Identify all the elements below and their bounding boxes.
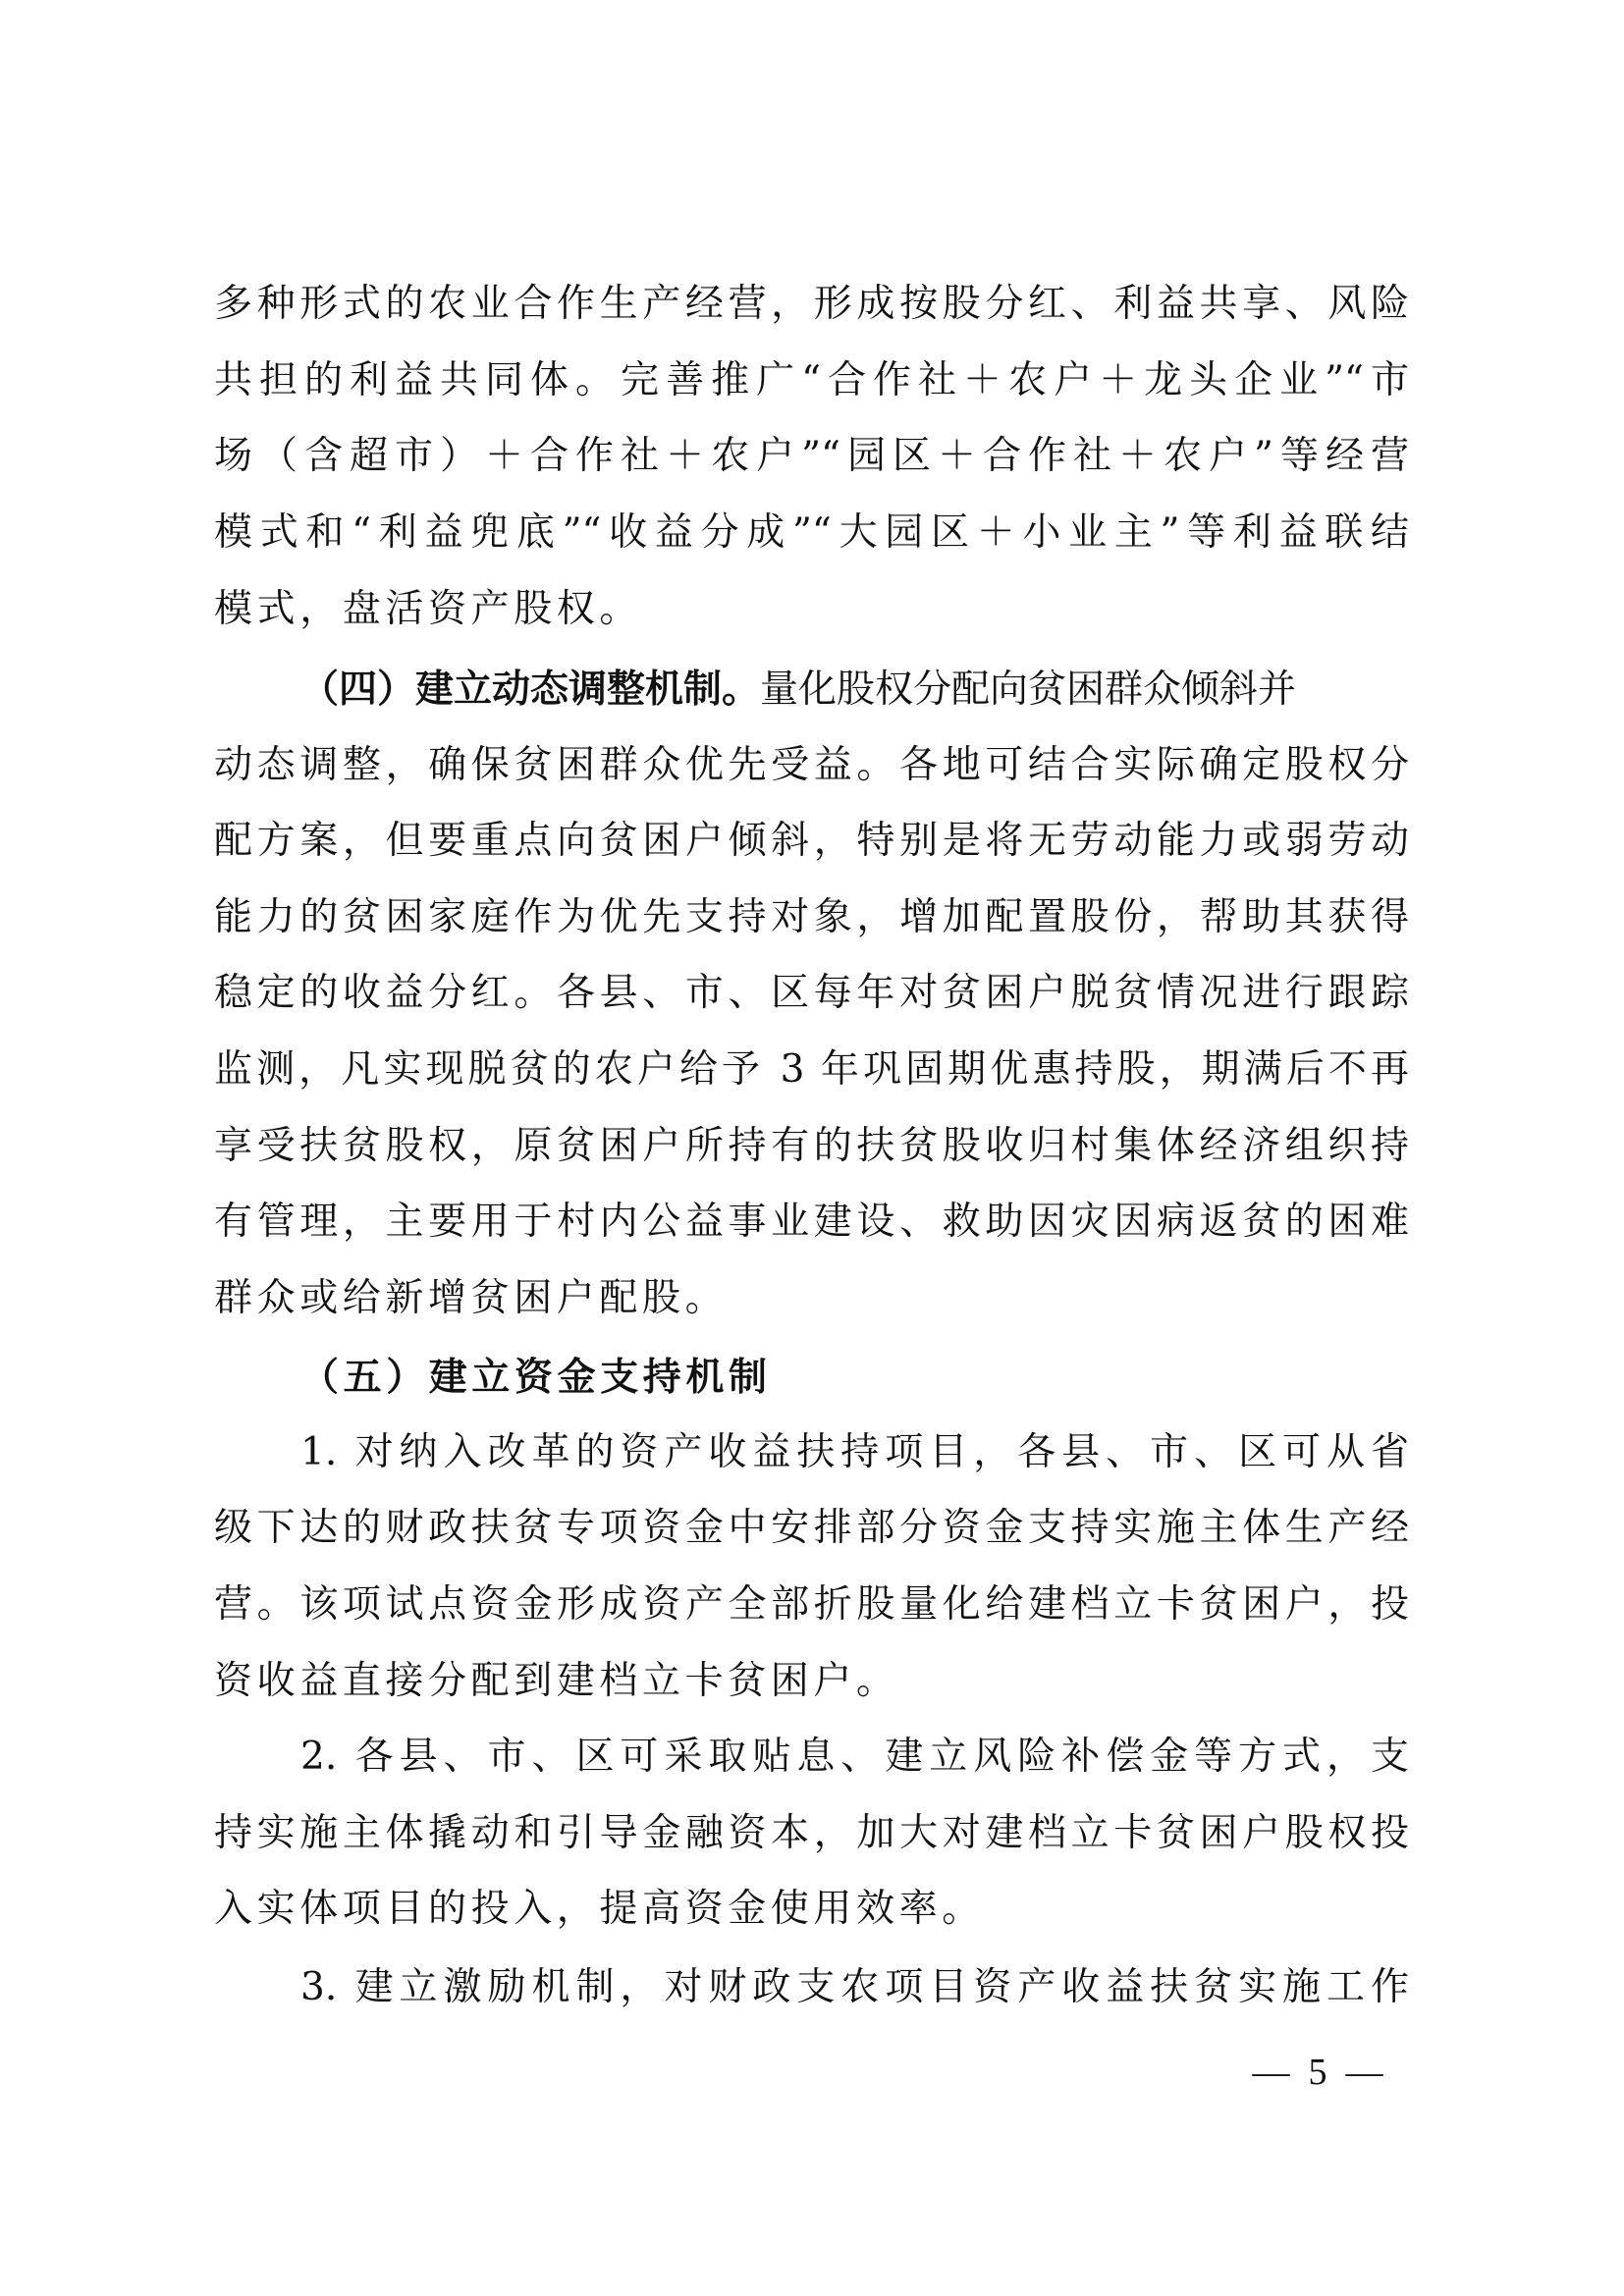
- paragraph-line: 2. 各县、市、区可采取贴息、建立风险补偿金等方式，支: [300, 1728, 1409, 1787]
- paragraph-line: 资收益直接分配到建档立卡贫困户。: [214, 1652, 1409, 1711]
- paragraph-line: 监测，凡实现脱贫的农户给予 3 年巩固期优惠持股，期满后不再: [214, 1041, 1409, 1099]
- paragraph-line: 模式和“利益兜底”“收益分成”“大园区＋小业主”等利益联结: [214, 504, 1409, 562]
- section-heading-5: （五）建立资金支持机制: [300, 1348, 1409, 1407]
- paragraph-line: 多种形式的农业合作生产经营，形成按股分红、利益共享、风险: [214, 275, 1409, 334]
- document-page: 多种形式的农业合作生产经营，形成按股分红、利益共享、风险 共担的利益共同体。完善…: [0, 0, 1624, 2296]
- paragraph-line: 营。该项试点资金形成资产全部折股量化给建档立卡贫困户，投: [214, 1575, 1409, 1634]
- paragraph-line: 级下达的财政扶贫专项资金中安排部分资金支持实施主体生产经: [214, 1499, 1409, 1558]
- paragraph-line: 稳定的收益分红。各县、市、区每年对贫困户脱贫情况进行跟踪: [214, 964, 1409, 1023]
- page-number: — 5 —: [1239, 2048, 1396, 2097]
- paragraph-line: 能力的贫困家庭作为优先支持对象，增加配置股份，帮助其获得: [214, 888, 1409, 947]
- section-heading-4: （四）建立动态调整机制。: [300, 667, 760, 712]
- paragraph-line: 动态调整，确保贫困群众优先受益。各地可结合实际确定股权分: [214, 736, 1409, 795]
- paragraph-line: 有管理，主要用于村内公益事业建设、救助因灾因病返贫的困难: [214, 1193, 1409, 1252]
- paragraph-line: 持实施主体撬动和引导金融资本，加大对建档立卡贫困户股权投: [214, 1804, 1409, 1863]
- paragraph-line: 共担的利益共同体。完善推广“合作社＋农户＋龙头企业”“市: [214, 351, 1409, 410]
- paragraph-line: 群众或给新增贫困户配股。: [214, 1269, 1409, 1328]
- section-heading-line: （四）建立动态调整机制。量化股权分配向贫困群众倾斜并: [300, 660, 1409, 719]
- paragraph-line: 1. 对纳入改革的资产收益扶持项目，各县、市、区可从省: [300, 1423, 1409, 1482]
- paragraph-line: 配方案，但要重点向贫困户倾斜，特别是将无劳动能力或弱劳动: [214, 812, 1409, 871]
- paragraph-text: 量化股权分配向贫困群众倾斜并: [760, 667, 1296, 712]
- paragraph-line: 模式，盘活资产股权。: [214, 580, 1409, 639]
- paragraph-line: 享受扶贫股权，原贫困户所持有的扶贫股收归村集体经济组织持: [214, 1117, 1409, 1176]
- paragraph-line: 3. 建立激励机制，对财政支农项目资产收益扶贫实施工作: [300, 1958, 1409, 2017]
- paragraph-line: 场（含超市）＋合作社＋农户”“园区＋合作社＋农户”等经营: [214, 427, 1409, 486]
- paragraph-line: 入实体项目的投入，提高资金使用效率。: [214, 1880, 1409, 1939]
